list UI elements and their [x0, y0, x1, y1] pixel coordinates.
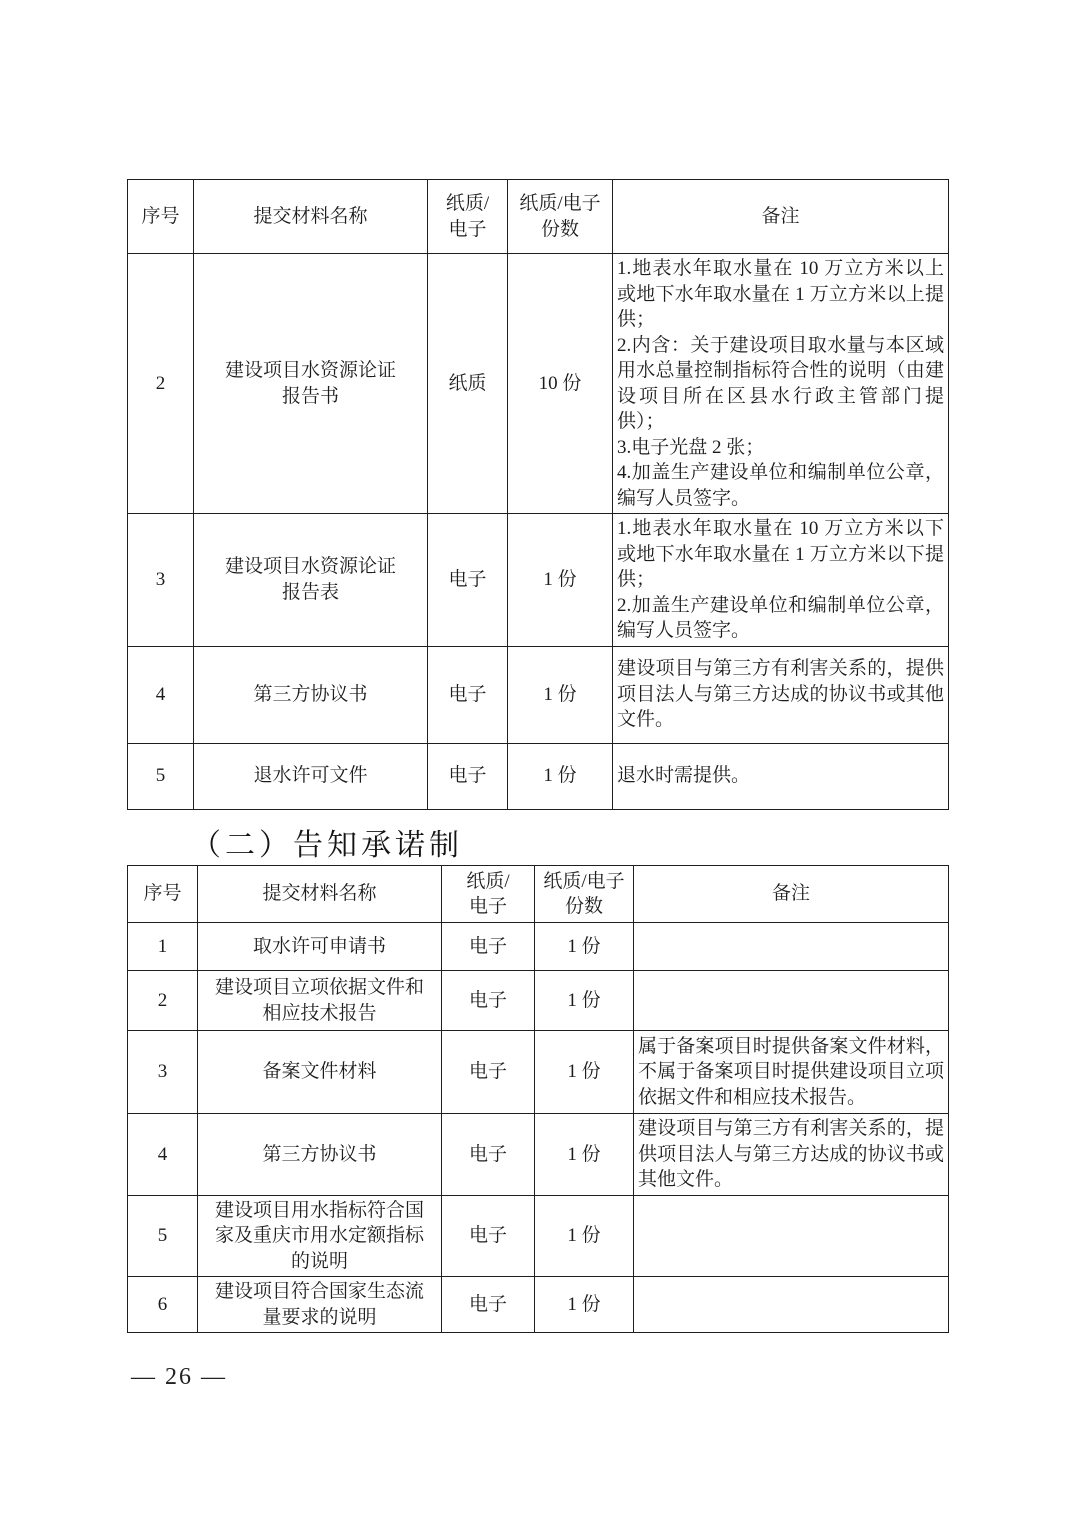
medium-cell: 纸质	[428, 254, 508, 514]
copies-cell: 1 份	[535, 1277, 634, 1333]
remarks-cell: 属于备案项目时提供备案文件材料，不属于备案项目时提供建设项目立项依据文件和相应技…	[634, 1031, 949, 1114]
copies-cell: 10 份	[508, 254, 613, 514]
col-header-material-name: 提交材料名称	[198, 866, 442, 923]
table-header-row: 序号 提交材料名称 纸质/ 电子 纸质/电子 份数 备注	[128, 866, 949, 923]
serial-cell: 4	[128, 646, 194, 743]
remarks-cell: 建设项目与第三方有利害关系的，提供项目法人与第三方达成的协议书或其他文件。	[634, 1114, 949, 1196]
medium-cell: 电子	[442, 1277, 535, 1333]
col-header-copies: 纸质/电子 份数	[535, 866, 634, 923]
material-name-cell: 建设项目符合国家生态流 量要求的说明	[198, 1277, 442, 1333]
copies-cell: 1 份	[535, 1195, 634, 1277]
serial-cell: 3	[128, 1031, 198, 1114]
remarks-cell	[634, 923, 949, 971]
remarks-cell: 1.地表水年取水量在 10 万立方米以下或地下水年取水量在 1 万立方米以下提供…	[613, 514, 949, 647]
remarks-cell	[634, 1277, 949, 1333]
col-header-medium: 纸质/ 电子	[442, 866, 535, 923]
medium-cell: 电子	[442, 923, 535, 971]
serial-cell: 5	[128, 1195, 198, 1277]
serial-cell: 1	[128, 923, 198, 971]
table-row: 3 建设项目水资源论证 报告表 电子 1 份 1.地表水年取水量在 10 万立方…	[128, 514, 949, 647]
serial-cell: 2	[128, 971, 198, 1031]
remarks-cell: 退水时需提供。	[613, 743, 949, 809]
table-row: 1 取水许可申请书 电子 1 份	[128, 923, 949, 971]
table-row: 2 建设项目立项依据文件和 相应技术报告 电子 1 份	[128, 971, 949, 1031]
materials-table-notification-commitment: 序号 提交材料名称 纸质/ 电子 纸质/电子 份数 备注 1 取水许可申请书 电…	[127, 865, 949, 1333]
material-name-cell: 备案文件材料	[198, 1031, 442, 1114]
remarks-cell	[634, 1195, 949, 1277]
copies-cell: 1 份	[508, 743, 613, 809]
material-name-cell: 第三方协议书	[198, 1114, 442, 1196]
table-row: 4 第三方协议书 电子 1 份 建设项目与第三方有利害关系的，提供项目法人与第三…	[128, 646, 949, 743]
materials-table-continued: 序号 提交材料名称 纸质/ 电子 纸质/电子 份数 备注 2 建设项目水资源论证…	[127, 179, 949, 810]
copies-cell: 1 份	[535, 1031, 634, 1114]
material-name-cell: 建设项目立项依据文件和 相应技术报告	[198, 971, 442, 1031]
medium-cell: 电子	[442, 1195, 535, 1277]
remarks-cell: 建设项目与第三方有利害关系的，提供项目法人与第三方达成的协议书或其他文件。	[613, 646, 949, 743]
material-name-cell: 取水许可申请书	[198, 923, 442, 971]
medium-cell: 电子	[442, 1031, 535, 1114]
table-row: 3 备案文件材料 电子 1 份 属于备案项目时提供备案文件材料，不属于备案项目时…	[128, 1031, 949, 1114]
col-header-material-name: 提交材料名称	[194, 180, 428, 254]
col-header-serial: 序号	[128, 180, 194, 254]
serial-cell: 4	[128, 1114, 198, 1196]
medium-cell: 电子	[428, 743, 508, 809]
remarks-cell: 1.地表水年取水量在 10 万立方米以上或地下水年取水量在 1 万立方米以上提供…	[613, 254, 949, 514]
medium-cell: 电子	[442, 1114, 535, 1196]
medium-cell: 电子	[442, 971, 535, 1031]
table-row: 5 建设项目用水指标符合国 家及重庆市用水定额指标 的说明 电子 1 份	[128, 1195, 949, 1277]
table-row: 5 退水许可文件 电子 1 份 退水时需提供。	[128, 743, 949, 809]
section-heading: （二）告知承诺制	[191, 820, 463, 864]
page-number: — 26 —	[131, 1364, 227, 1391]
serial-cell: 2	[128, 254, 194, 514]
copies-cell: 1 份	[508, 514, 613, 647]
serial-cell: 6	[128, 1277, 198, 1333]
col-header-remarks: 备注	[613, 180, 949, 254]
table-row: 2 建设项目水资源论证 报告书 纸质 10 份 1.地表水年取水量在 10 万立…	[128, 254, 949, 514]
copies-cell: 1 份	[508, 646, 613, 743]
material-name-cell: 建设项目水资源论证 报告表	[194, 514, 428, 647]
serial-cell: 5	[128, 743, 194, 809]
table-header-row: 序号 提交材料名称 纸质/ 电子 纸质/电子 份数 备注	[128, 180, 949, 254]
col-header-serial: 序号	[128, 866, 198, 923]
copies-cell: 1 份	[535, 971, 634, 1031]
medium-cell: 电子	[428, 514, 508, 647]
material-name-cell: 建设项目水资源论证 报告书	[194, 254, 428, 514]
table-row: 4 第三方协议书 电子 1 份 建设项目与第三方有利害关系的，提供项目法人与第三…	[128, 1114, 949, 1196]
col-header-remarks: 备注	[634, 866, 949, 923]
material-name-cell: 退水许可文件	[194, 743, 428, 809]
col-header-copies: 纸质/电子 份数	[508, 180, 613, 254]
material-name-cell: 建设项目用水指标符合国 家及重庆市用水定额指标 的说明	[198, 1195, 442, 1277]
copies-cell: 1 份	[535, 1114, 634, 1196]
table-row: 6 建设项目符合国家生态流 量要求的说明 电子 1 份	[128, 1277, 949, 1333]
remarks-cell	[634, 971, 949, 1031]
copies-cell: 1 份	[535, 923, 634, 971]
medium-cell: 电子	[428, 646, 508, 743]
material-name-cell: 第三方协议书	[194, 646, 428, 743]
document-page: 序号 提交材料名称 纸质/ 电子 纸质/电子 份数 备注 2 建设项目水资源论证…	[0, 0, 1075, 1519]
col-header-medium: 纸质/ 电子	[428, 180, 508, 254]
serial-cell: 3	[128, 514, 194, 647]
